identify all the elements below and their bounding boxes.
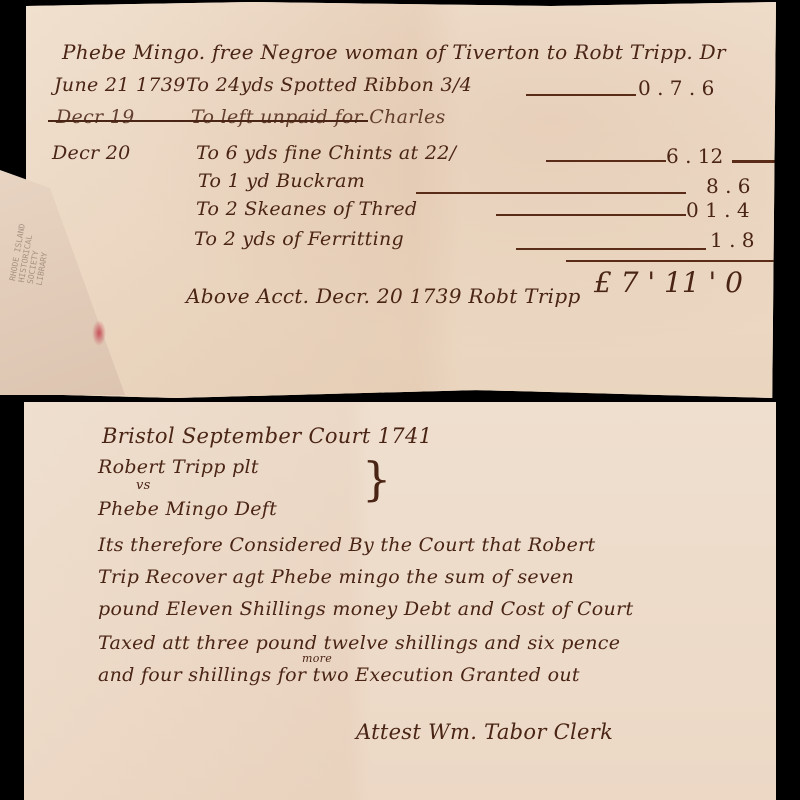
entry-amount: 0 . 7 . 6 [638,76,714,100]
case-brace: } [362,456,391,502]
entry-amount: 0 1 . 4 [686,198,750,222]
entry-description: To 1 yd Buckram [198,170,365,192]
judgement-text-line: pound Eleven Shillings money Debt and Co… [98,598,633,620]
judgement-text-line: Taxed att three pound twelve shillings a… [98,632,620,654]
library-stamp: RHODE ISLAND HISTORICAL SOCIETY LIBRARY [8,223,53,286]
entry-description: To 6 yds fine Chints at 22/ [196,142,456,164]
total-rule [566,260,781,262]
leader-rule [526,94,636,96]
flourish-rule [732,160,782,163]
entry-date: Decr 20 [52,142,131,164]
receipt-footer-signature: Above Acct. Decr. 20 1739 Robt Tripp [186,284,581,308]
entry-amount: 1 . 8 [710,228,755,252]
leader-rule [516,248,706,250]
judgement-text-line: and four shillings for two Execution Gra… [98,664,580,686]
entry-description: To 24yds Spotted Ribbon 3/4 [186,74,472,96]
strikethrough-line [48,120,368,122]
leader-rule [546,160,666,162]
leader-rule [496,214,686,216]
court-judgement-sheet: Bristol September Court 1741 Robert Trip… [24,402,776,800]
wax-seal-mark [92,320,106,346]
court-heading: Bristol September Court 1741 [102,424,432,448]
plaintiff-line: Robert Tripp plt [98,456,259,478]
receipt-heading: Phebe Mingo. free Negroe woman of Tivert… [62,40,726,64]
entry-amount: 6 . 12 [666,144,723,168]
entry-description: To 2 Skeanes of Thred [196,198,417,220]
entry-description: To 2 yds of Ferritting [194,228,404,250]
entry-description-struck: To left unpaid for Charles [191,106,446,128]
versus-label: vs [136,478,151,493]
defendant-line: Phebe Mingo Deft [98,498,277,520]
entry-amount: 8 . 6 [706,174,751,198]
clerk-attestation-signature: Attest Wm. Tabor Clerk [356,720,613,744]
receipt-total: £ 7 ' 11 ' 0 [594,266,743,299]
entry-date: June 21 1739 [54,74,186,96]
leader-rule [416,192,686,194]
account-receipt-sheet: Phebe Mingo. free Negroe woman of Tivert… [26,2,776,398]
judgement-text-line: Trip Recover agt Phebe mingo the sum of … [98,566,574,588]
entry-date-struck: Decr 19 [56,106,135,128]
judgement-text-line: Its therefore Considered By the Court th… [98,534,596,556]
